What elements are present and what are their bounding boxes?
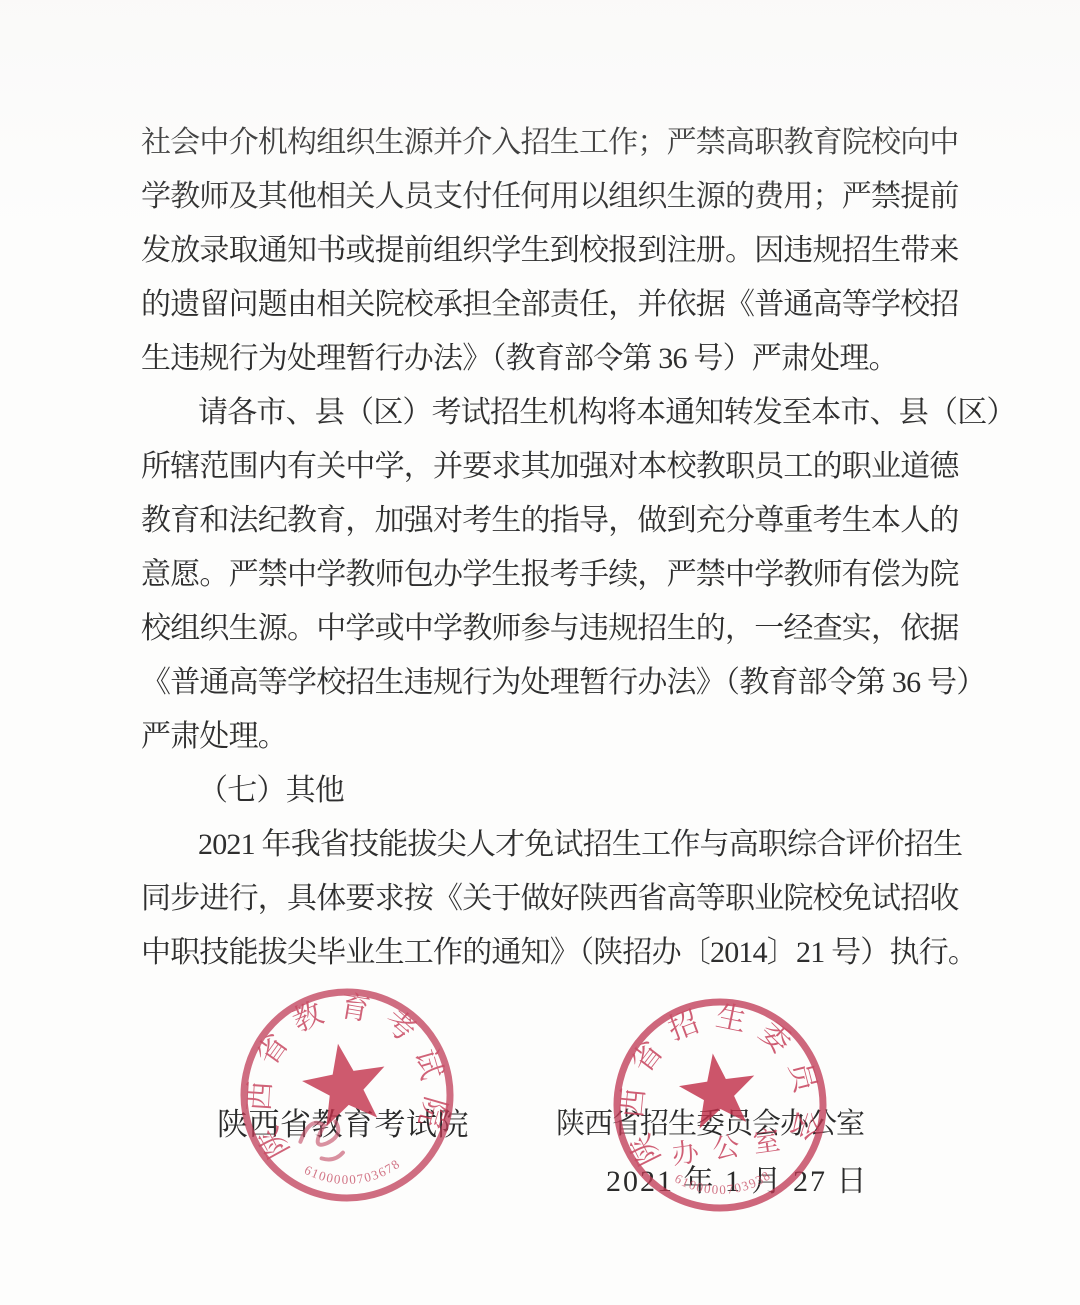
doc-line: 严肃处理。 bbox=[141, 710, 961, 764]
seal-arc-text: 陕西省招生委员会 bbox=[601, 986, 832, 1183]
doc-line: 《普通高等学校招生违规行为处理暂行办法》（教育部令第 36 号） bbox=[141, 656, 961, 710]
seal-ring bbox=[228, 976, 467, 1215]
doc-line: 请各市、县（区）考试招生机构将本通知转发至本市、县（区） bbox=[141, 386, 961, 440]
education-exam-seal: 陕西省教育考试院 6100000703678 bbox=[227, 975, 467, 1215]
doc-line: 中职技能拔尖毕业生工作的通知》（陕招办〔2014〕21 号）执行。 bbox=[141, 926, 961, 980]
signature-date: 2021 年 1 月 27 日 bbox=[606, 1156, 869, 1200]
svg-text:陕西省招生委员会: 陕西省招生委员会 bbox=[601, 986, 832, 1183]
doc-line: 所辖范围内有关中学，并要求其加强对本校教职员工的职业道德 bbox=[141, 440, 961, 494]
seal-serial-number: 6100000703678 bbox=[300, 1146, 405, 1196]
doc-line: 教育和法纪教育，加强对考生的指导，做到充分尊重考生本人的 bbox=[141, 494, 961, 548]
doc-line: 同步进行，具体要求按《关于做好陕西省高等职业院校免试招收 bbox=[141, 872, 961, 926]
svg-text:6100000703678: 6100000703678 bbox=[300, 1146, 405, 1196]
doc-line: 意愿。严禁中学教师包办学生报考手续，严禁中学教师有偿为院 bbox=[141, 548, 961, 602]
left-signer-name: 陕西省教育考试院 bbox=[217, 1099, 469, 1144]
right-signer-name: 陕西省招生委员会办公室 bbox=[556, 1101, 864, 1142]
doc-line: 发放录取通知书或提前组织学生到校报到注册。因违规招生带来 bbox=[141, 224, 961, 278]
seal-arc-text: 陕西省教育考试院 bbox=[227, 975, 461, 1176]
doc-line: 生违规行为处理暂行办法》（教育部令第 36 号）严肃处理。 bbox=[141, 332, 961, 386]
doc-line: 2021 年我省技能拔尖人才免试招生工作与高职综合评价招生 bbox=[141, 818, 961, 872]
doc-line: 学教师及其他相关人员支付任何用以组织生源的费用；严禁提前 bbox=[141, 170, 961, 224]
svg-text:陕西省教育考试院: 陕西省教育考试院 bbox=[227, 975, 461, 1176]
document-page: 社会中介机构组织生源并介入招生工作；严禁高职教育院校向中 学教师及其他相关人员支… bbox=[0, 0, 1080, 1305]
doc-line: 社会中介机构组织生源并介入招生工作；严禁高职教育院校向中 bbox=[141, 116, 961, 170]
doc-line: 的遗留问题由相关院校承担全部责任，并依据《普通高等学校招 bbox=[141, 278, 961, 332]
body-text: 社会中介机构组织生源并介入招生工作；严禁高职教育院校向中 学教师及其他相关人员支… bbox=[141, 116, 961, 980]
section-heading: （七）其他 bbox=[141, 764, 961, 818]
doc-line: 校组织生源。中学或中学教师参与违规招生的，一经查实，依据 bbox=[141, 602, 961, 656]
